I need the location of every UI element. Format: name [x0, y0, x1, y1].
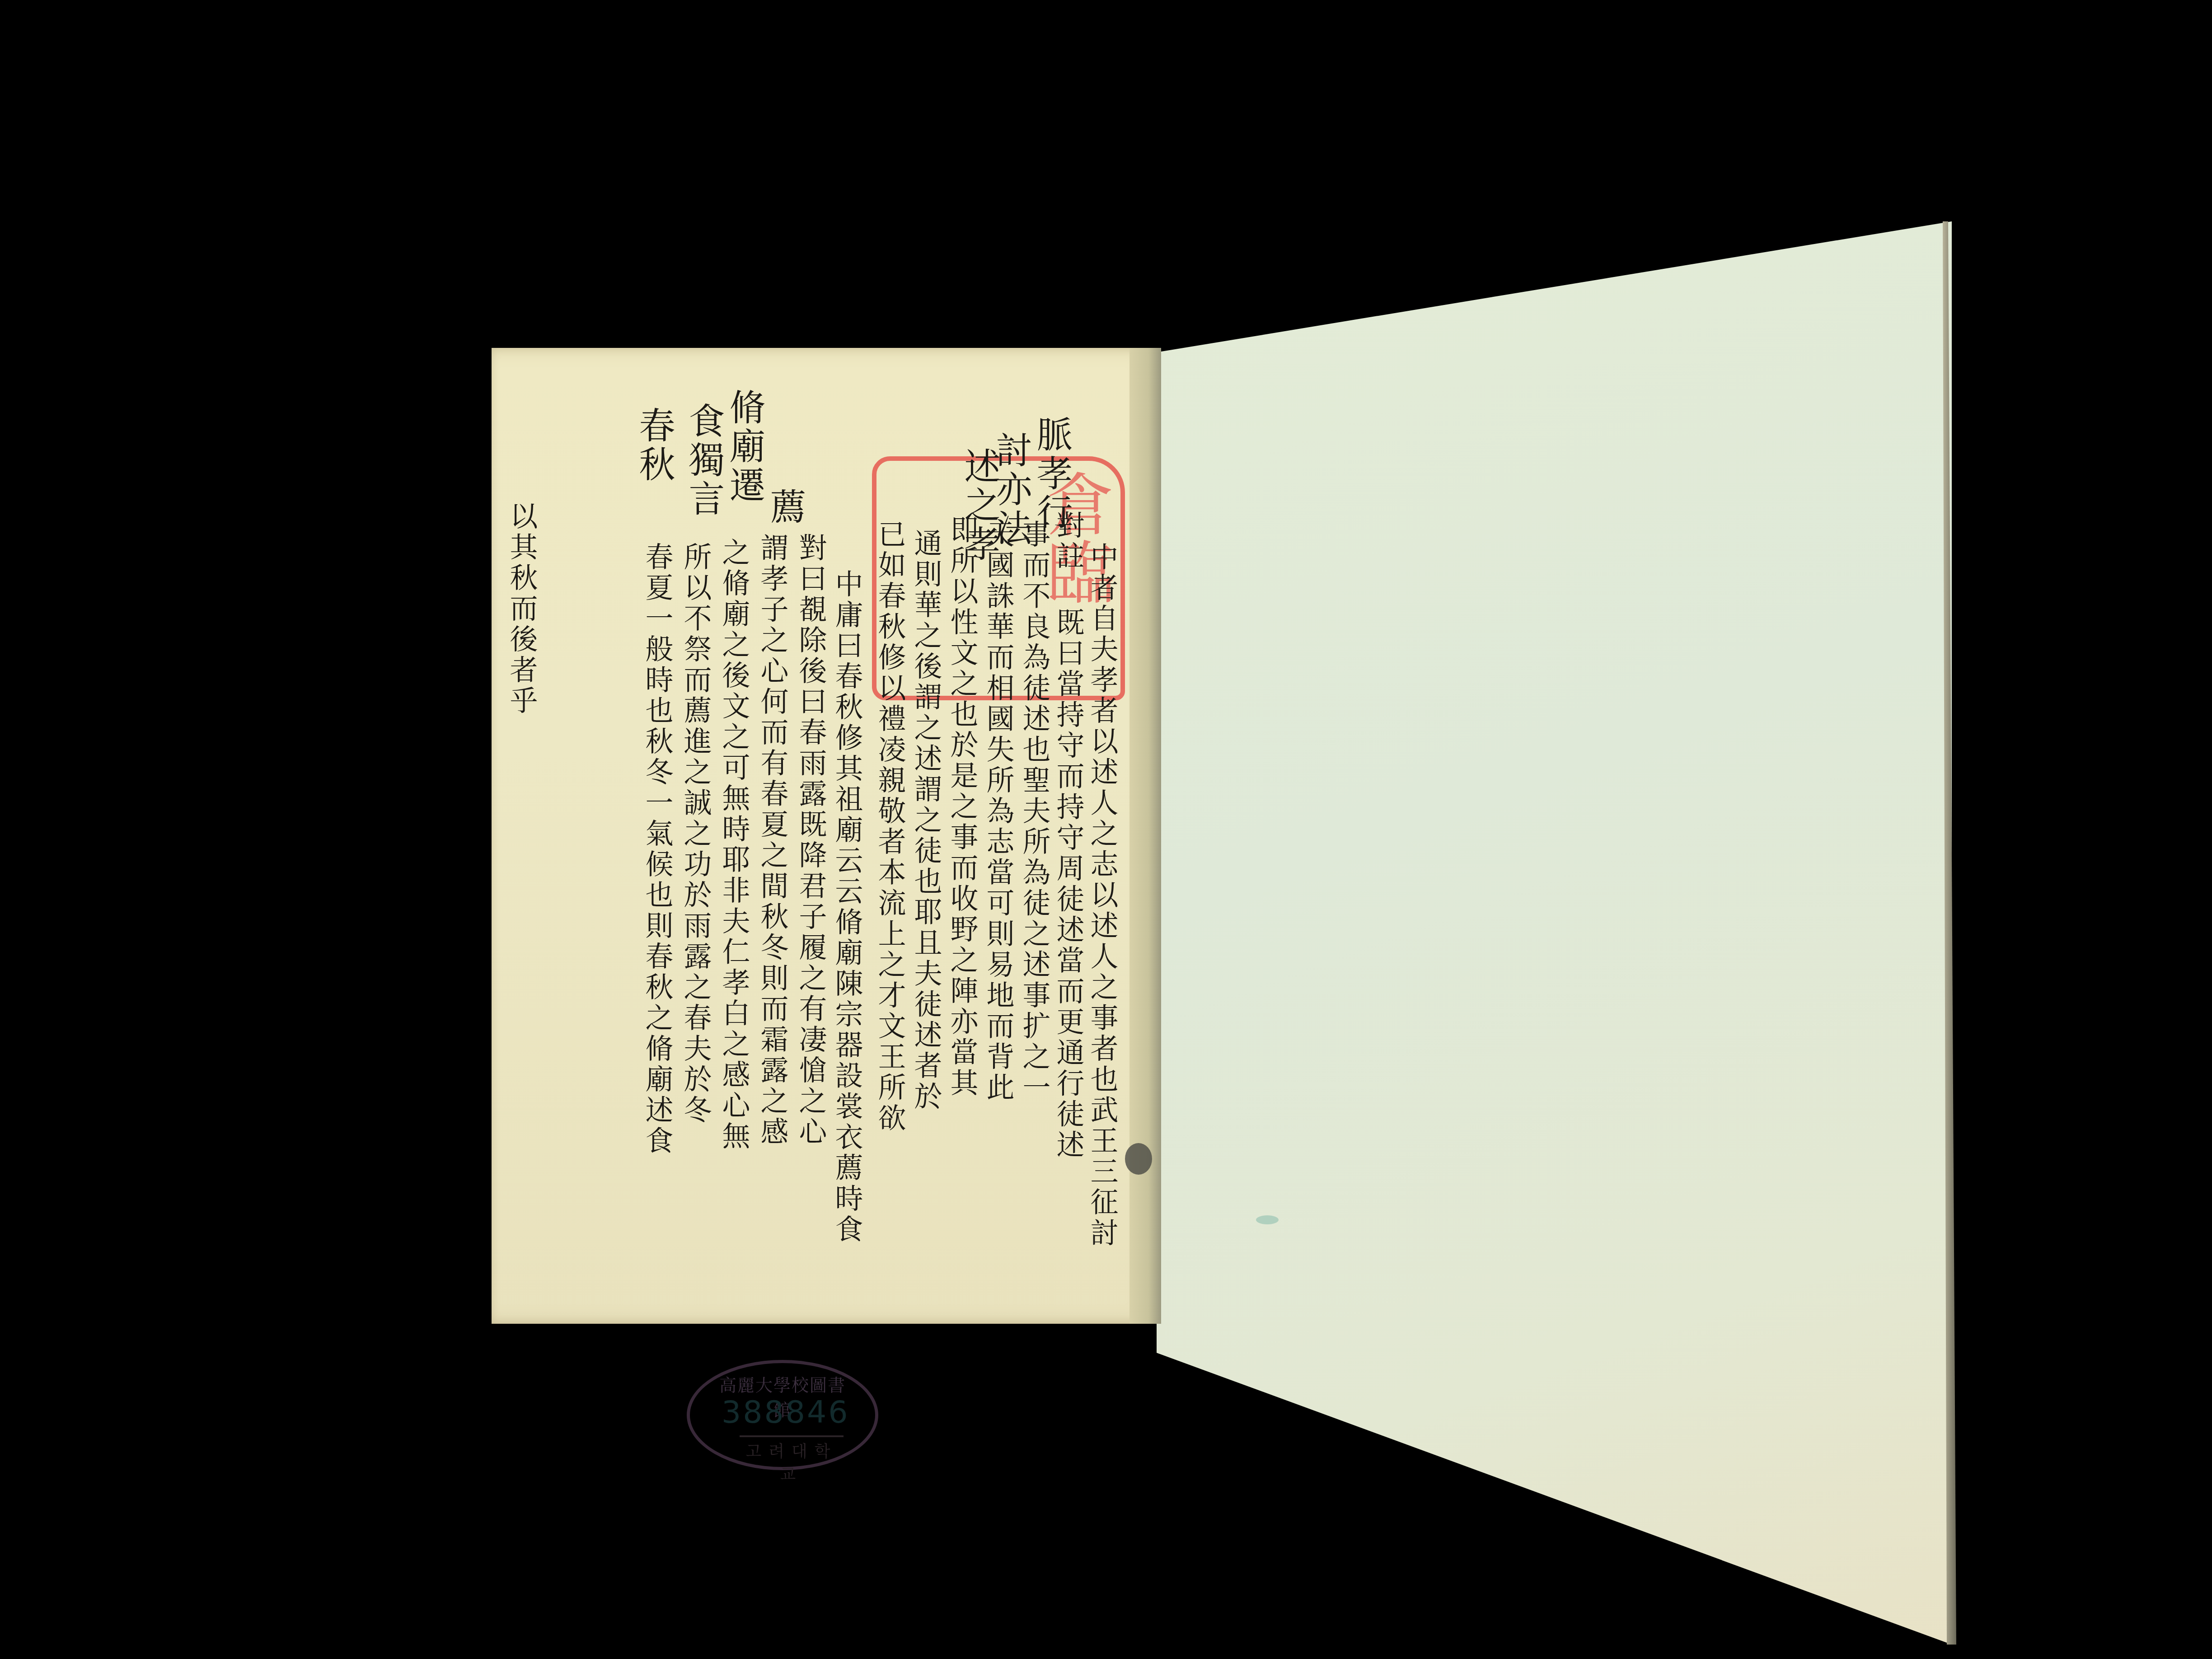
photo-background: 倉臨 脈孝行 討亦法 述之孝 薦 脩廟遷 食獨言 春秋 中者自夫孝者以述人之志以…	[0, 0, 2212, 1659]
text-column-14: 以其秋而後者乎	[501, 501, 542, 717]
text-column-3: 事而不良為徒述也聖夫所為徒之述事扩之一	[1014, 520, 1054, 1103]
section-title-4: 春秋	[628, 407, 680, 484]
text-column-6: 通則華之後謂之述謂之徒也耶且夫徒述者於	[906, 529, 946, 1112]
stamp-divider	[740, 1435, 844, 1437]
text-column-11: 之脩廟之後文之可無時耶非夫仁孝白之感心無	[714, 538, 754, 1152]
text-column-4: 天國誅華而相國失所為志當可則易地而背此	[978, 520, 1018, 1103]
text-column-13: 春夏一般時也秋冬一氣候也則春秋之脩廟述食	[637, 542, 677, 1157]
stamp-accession-number: 388846	[722, 1395, 839, 1430]
book-gutter	[1129, 348, 1161, 1324]
right-blank-page	[1157, 221, 1952, 1645]
text-column-5: 即所以性文之也於是之事而收野之陣亦當其	[942, 515, 982, 1099]
dark-stain	[1125, 1143, 1152, 1175]
section-title-3: 食獨言	[678, 402, 730, 519]
text-column-9: 對曰覩除後曰春雨露既降君子履之有凄愴之心	[791, 533, 831, 1148]
text-column-10: 謂孝子之心何而有春夏之間秋冬則而霜露之感	[752, 533, 792, 1148]
text-column-12: 所以不祭而薦進之誠之功於雨露之春夫於冬	[675, 542, 716, 1126]
ink-spot	[1256, 1215, 1279, 1224]
stamp-university-name: 고려대학교	[735, 1439, 848, 1485]
library-accession-stamp: 高麗大學校圖書館 388846 고려대학교	[687, 1360, 878, 1470]
text-column-8: 中庸曰春秋修其祖廟云云脩廟陳宗器設裳衣薦時食	[827, 569, 867, 1245]
text-column-7: 已如春秋修以禮凌親敬者本流上之才文王所欲	[870, 520, 910, 1134]
